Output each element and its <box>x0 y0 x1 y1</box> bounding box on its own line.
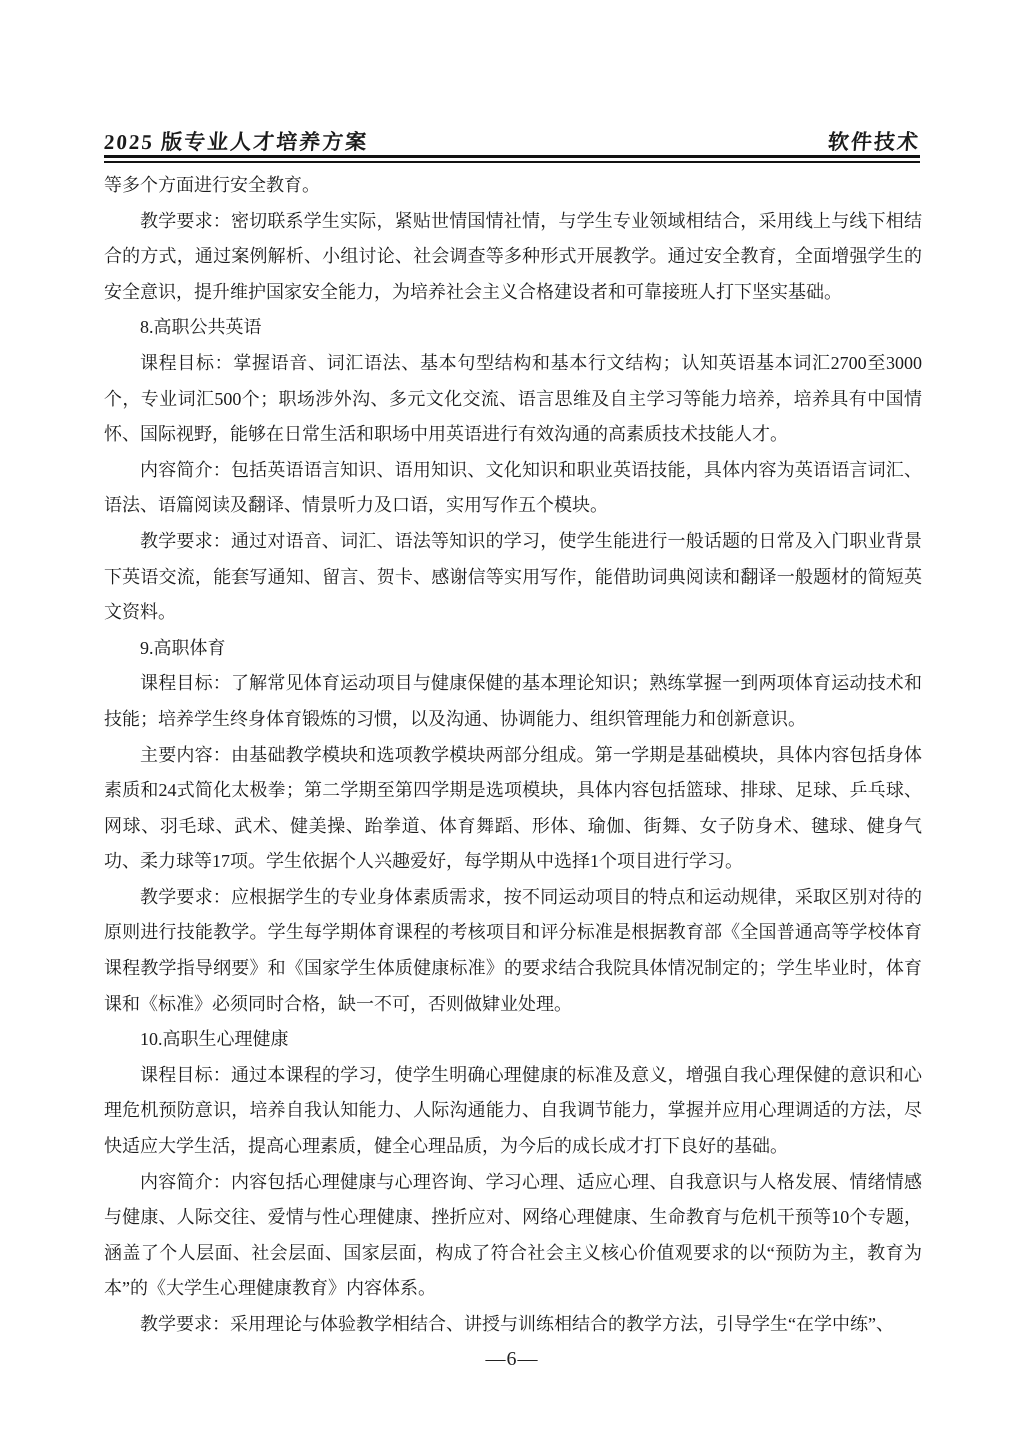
paragraph: 教学要求：通过对语音、词汇、语法等知识的学习，使学生能进行一般话题的日常及入门职… <box>104 524 922 631</box>
header-double-rule <box>104 155 920 163</box>
page-number: —6— <box>486 1348 539 1370</box>
page-footer: —6— <box>0 1348 1024 1371</box>
document-page: 2025 版专业人才培养方案 软件技术 等多个方面进行安全教育。教学要求：密切联… <box>0 0 1024 1448</box>
paragraph: 等多个方面进行安全教育。 <box>104 168 922 204</box>
paragraph: 内容简介：内容包括心理健康与心理咨询、学习心理、适应心理、自我意识与人格发展、情… <box>104 1165 922 1307</box>
paragraph: 课程目标：通过本课程的学习，使学生明确心理健康的标准及意义，增强自我心理保健的意… <box>104 1058 922 1165</box>
paragraph: 课程目标：了解常见体育运动项目与健康保健的基本理论知识；熟练掌握一到两项体育运动… <box>104 666 922 737</box>
header-left-title: 2025 版专业人才培养方案 <box>103 126 369 156</box>
paragraph: 教学要求：密切联系学生实际，紧贴世情国情社情，与学生专业领域相结合，采用线上与线… <box>104 204 922 311</box>
document-body: 等多个方面进行安全教育。教学要求：密切联系学生实际，紧贴世情国情社情，与学生专业… <box>104 168 922 1343</box>
section-heading: 8.高职公共英语 <box>104 310 922 346</box>
paragraph: 主要内容：由基础教学模块和选项教学模块两部分组成。第一学期是基础模块，具体内容包… <box>104 738 922 880</box>
paragraph: 课程目标：掌握语音、词汇语法、基本句型结构和基本行文结构；认知英语基本词汇270… <box>104 346 922 453</box>
section-heading: 9.高职体育 <box>104 631 922 667</box>
section-heading: 10.高职生心理健康 <box>104 1022 922 1058</box>
paragraph: 教学要求：应根据学生的专业身体素质需求，按不同运动项目的特点和运动规律，采取区别… <box>104 880 922 1022</box>
header-right-title: 软件技术 <box>827 126 921 156</box>
paragraph: 教学要求：采用理论与体验教学相结合、讲授与训练相结合的教学方法，引导学生“在学中… <box>104 1307 922 1343</box>
paragraph: 内容简介：包括英语语言知识、语用知识、文化知识和职业英语技能，具体内容为英语语言… <box>104 453 922 524</box>
